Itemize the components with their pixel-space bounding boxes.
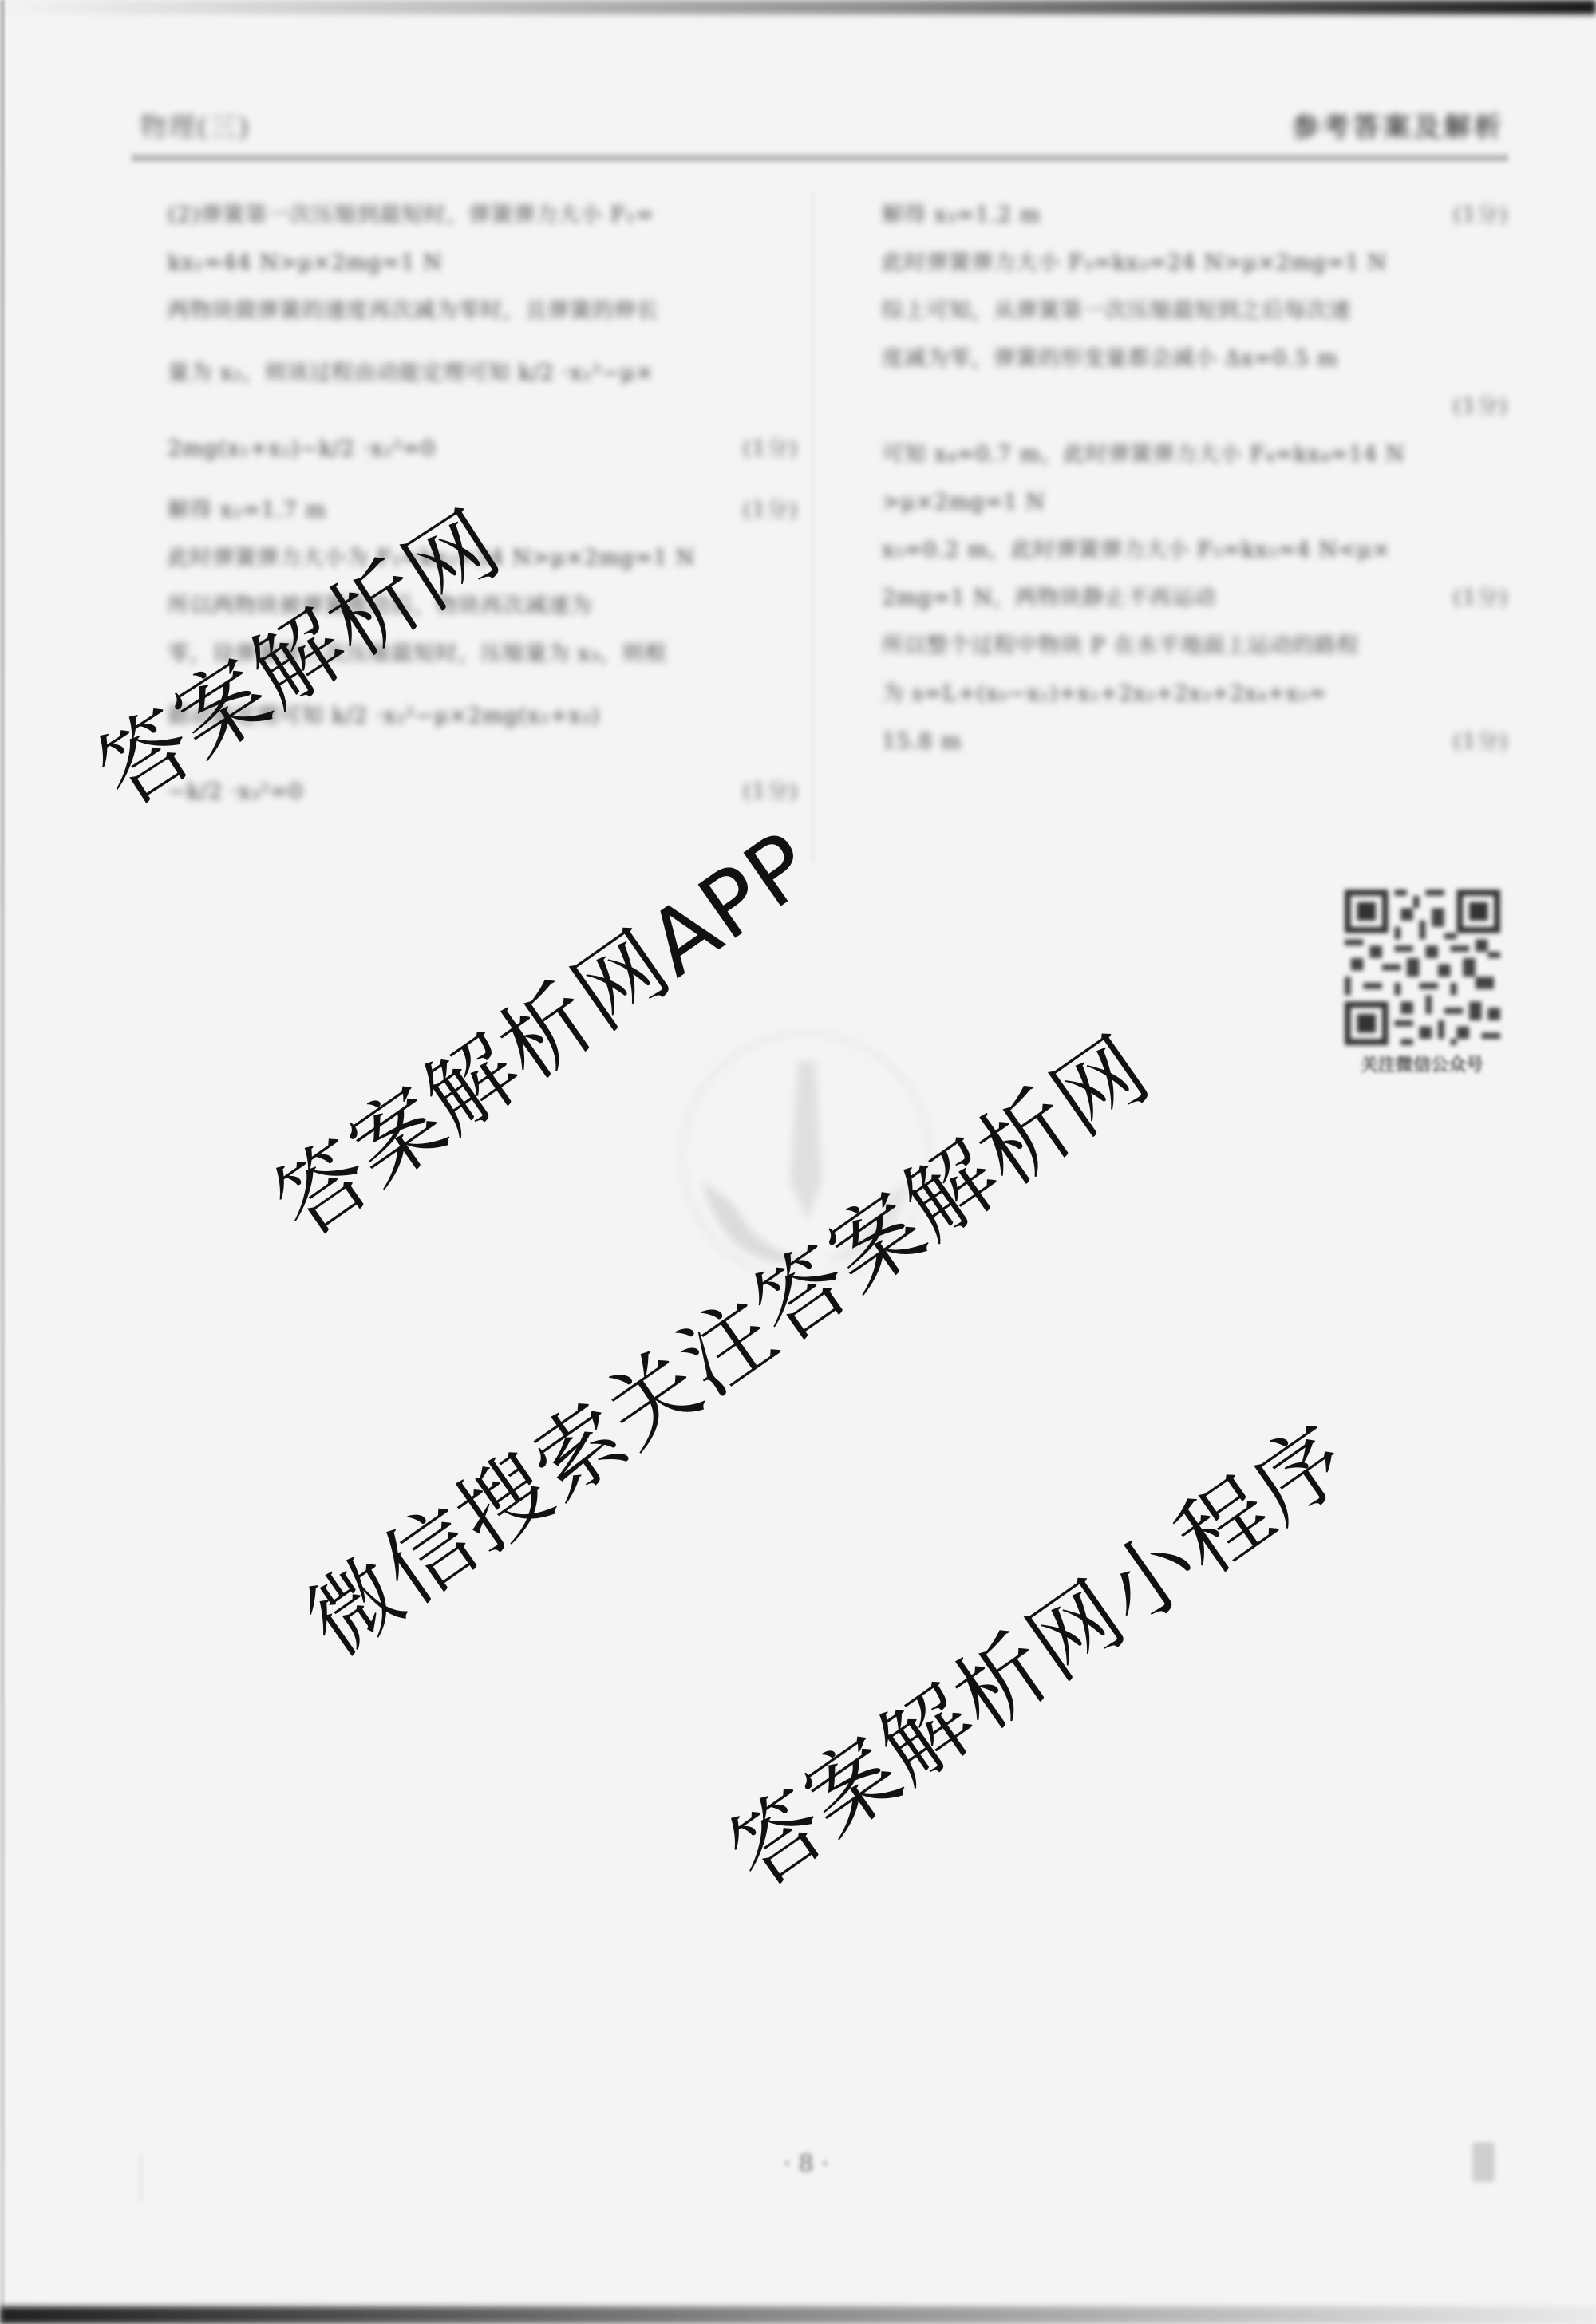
text-line: 所以整个过程中物块 P 在水平地面上运动的路程 — [882, 622, 1508, 670]
score-label: (1分) — [1453, 383, 1508, 431]
watermark-text: 答案解析网小程序 — [701, 1389, 1370, 1912]
column-divider — [812, 191, 814, 862]
score-label: (1分) — [1453, 191, 1508, 239]
text-line: 15.8 m(1分) — [882, 718, 1508, 766]
header-subject-title: 物理(三) — [140, 105, 251, 144]
page-edge-marker — [1472, 2142, 1495, 2182]
text-line: 可知 x₄=0.7 m，此时弹簧弹力大小 F₄=kx₄=14 N — [882, 431, 1508, 479]
text-line: (1分) — [882, 383, 1508, 431]
text-line: 综上可知，从弹簧第一次压缩最短到之后每次速 — [882, 287, 1508, 335]
text-line: 此时弹簧弹力大小 F₃=kx₃=24 N>μ×2mg=1 N — [882, 239, 1508, 287]
text-line: 量为 x₂，则该过程由动能定理可知 k/2 ·x₁²−μ× — [168, 335, 798, 411]
score-label: (1分) — [743, 487, 798, 535]
page-top-shadow — [0, 0, 1596, 14]
text-line: 2mg=1 N，两物块静止不再运动(1分) — [882, 574, 1508, 622]
page-header: 物理(三) 参考答案及解析 — [140, 105, 1504, 145]
text-line: 度减为零，弹簧的形变量都会减小 Δx=0.5 m — [882, 335, 1508, 383]
text-line: 解得 x₃=1.2 m(1分) — [882, 191, 1508, 239]
text-line: >μ×2mg=1 N — [882, 479, 1508, 527]
qr-code-icon — [1345, 890, 1500, 1045]
qr-caption: 关注微信公众号 — [1350, 1052, 1494, 1076]
score-label: (1分) — [1453, 718, 1508, 766]
header-rule — [132, 154, 1508, 162]
score-label: (1分) — [1453, 574, 1508, 622]
page-bottom-shadow — [0, 2306, 1596, 2324]
text-line: kx₁=44 N>μ×2mg=1 N — [168, 239, 798, 287]
text-line: 两物块做弹簧的速度再次减为零时，且弹簧的伸长 — [168, 287, 798, 335]
text-line: 2mg(x₁+x₂)−k/2 ·x₂²=0(1分) — [168, 411, 798, 487]
score-label: (1分) — [743, 411, 798, 487]
text-line: 为 s=L+(x₀−x₁)+x₁+2x₂+2x₃+2x₄+x₅= — [882, 670, 1508, 718]
header-section-title: 参考答案及解析 — [1292, 105, 1504, 144]
faint-mark — [140, 2154, 142, 2202]
page-left-edge — [0, 0, 5, 2324]
page-number: · 8 · — [758, 2150, 854, 2178]
text-line: x₅=0.2 m，此时弹簧弹力大小 F₅=kx₅=4 N<μ× — [882, 527, 1508, 574]
text-line: −k/2 ·x₃²=0(1分) — [168, 754, 798, 830]
right-column: 解得 x₃=1.2 m(1分) 此时弹簧弹力大小 F₃=kx₃=24 N>μ×2… — [882, 191, 1508, 766]
text-line: (2)弹簧第一次压缩到最短时，弹簧弹力大小 F₁= — [168, 191, 798, 239]
